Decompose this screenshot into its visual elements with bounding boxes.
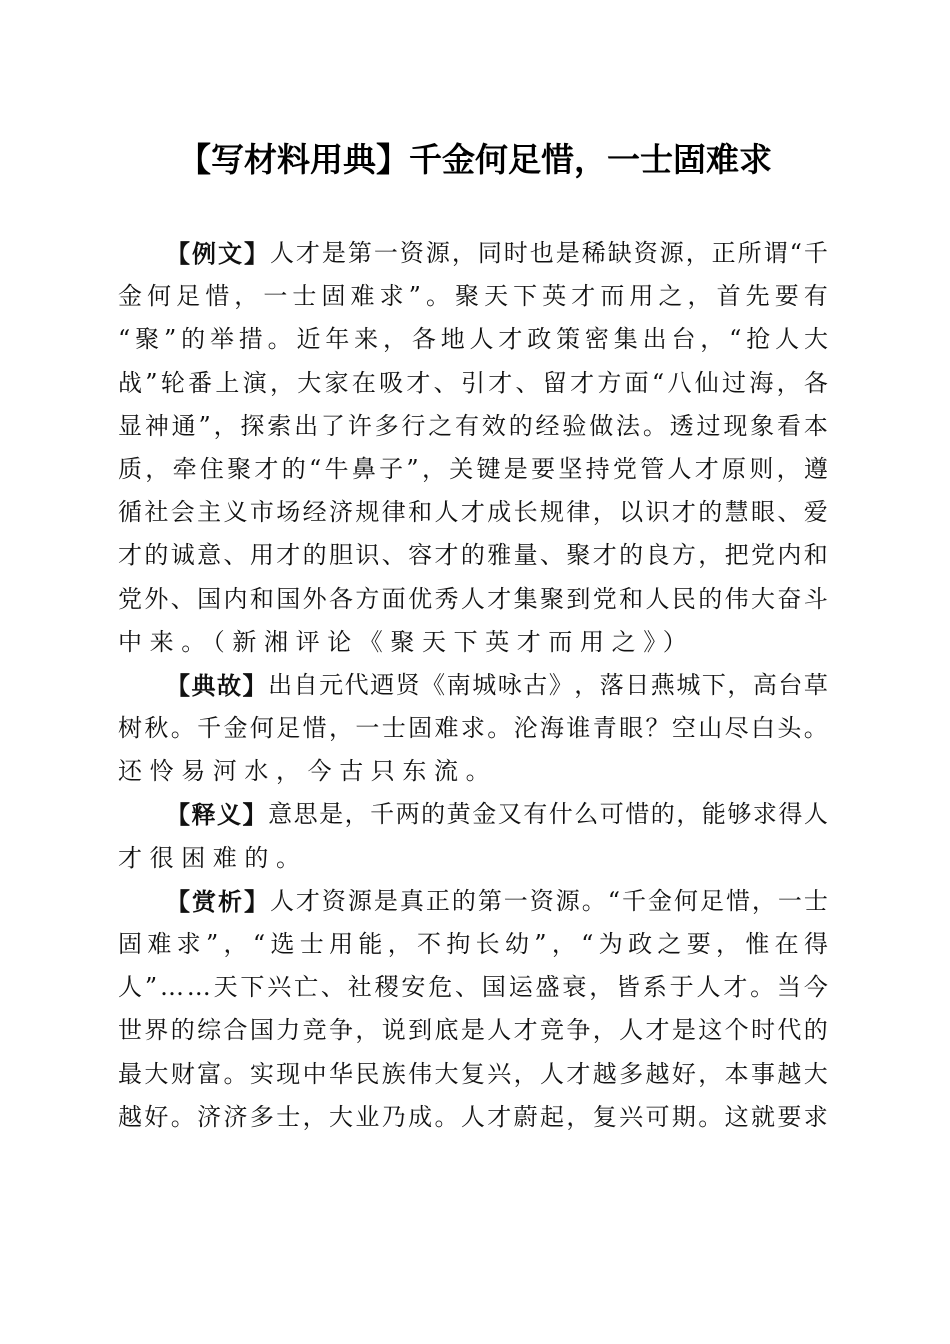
document-page: 【写材料用典】千金何足惜，一士固难求 【例文】人才是第一资源，同时也是稀缺资源，… xyxy=(0,0,950,1344)
paragraph-analysis-line: 【赏析】人才资源是真正的第一资源。“千金何足惜，一士 xyxy=(118,880,828,923)
paragraph-text-line: 人”……天下兴亡、社稷安危、国运盛衰，皆系于人才。当今 xyxy=(118,966,828,1009)
paragraph-text-line: 质，牵住聚才的“牛鼻子”，关键是要坚持党管人才原则，遵 xyxy=(118,448,828,491)
paragraph-text-line: 党外、国内和国外各方面优秀人才集聚到党和人民的伟大奋斗 xyxy=(118,578,828,621)
paragraph-text-line: “聚”的举措。近年来，各地人才政策密集出台，“抢人大 xyxy=(118,318,828,361)
paragraph-text-line: 树秋。千金何足惜，一士固难求。沦海谁青眼？空山尽白头。 xyxy=(118,707,828,750)
paragraph-text-line: 金何足惜，一士固难求”。聚天下英才而用之，首先要有 xyxy=(118,275,828,318)
document-body: 【例文】人才是第一资源，同时也是稀缺资源，正所谓“千 金何足惜，一士固难求”。聚… xyxy=(118,232,828,1139)
paragraph-allusion-line: 【典故】出自元代迺贤《南城咏古》，落日燕城下，高台草 xyxy=(118,664,828,707)
paragraph-text-line: 还怜易河水，今古只东流。 xyxy=(118,750,828,793)
paragraph-text-line: 中来。（新湘评论《聚天下英才而用之》） xyxy=(118,621,828,664)
document-title: 【写材料用典】千金何足惜，一士固难求 xyxy=(0,138,950,182)
paragraph-text-line: 循社会主义市场经济规律和人才成长规律，以识才的慧眼、爱 xyxy=(118,491,828,534)
paragraph-meaning-line: 【释义】意思是，千两的黄金又有什么可惜的，能够求得人 xyxy=(118,793,828,836)
paragraph-text-line: 才的诚意、用才的胆识、容才的雅量、聚才的良方，把党内和 xyxy=(118,534,828,577)
paragraph-text-line: 世界的综合国力竞争，说到底是人才竞争，人才是这个时代的 xyxy=(118,1009,828,1052)
paragraph-text-line: 才很困难的。 xyxy=(118,837,828,880)
paragraph-text-line: 最大财富。实现中华民族伟大复兴，人才越多越好，本事越大 xyxy=(118,1053,828,1096)
paragraph-example-line: 【例文】人才是第一资源，同时也是稀缺资源，正所谓“千 xyxy=(118,232,828,275)
paragraph-text-line: 越好。济济多士，大业乃成。人才蔚起，复兴可期。这就要求 xyxy=(118,1096,828,1139)
paragraph-text-line: 显神通”，探索出了许多行之有效的经验做法。透过现象看本 xyxy=(118,405,828,448)
paragraph-text-line: 固难求”，“选士用能，不拘长幼”，“为政之要，惟在得 xyxy=(118,923,828,966)
paragraph-text-line: 战”轮番上演，大家在吸才、引才、留才方面“八仙过海，各 xyxy=(118,362,828,405)
